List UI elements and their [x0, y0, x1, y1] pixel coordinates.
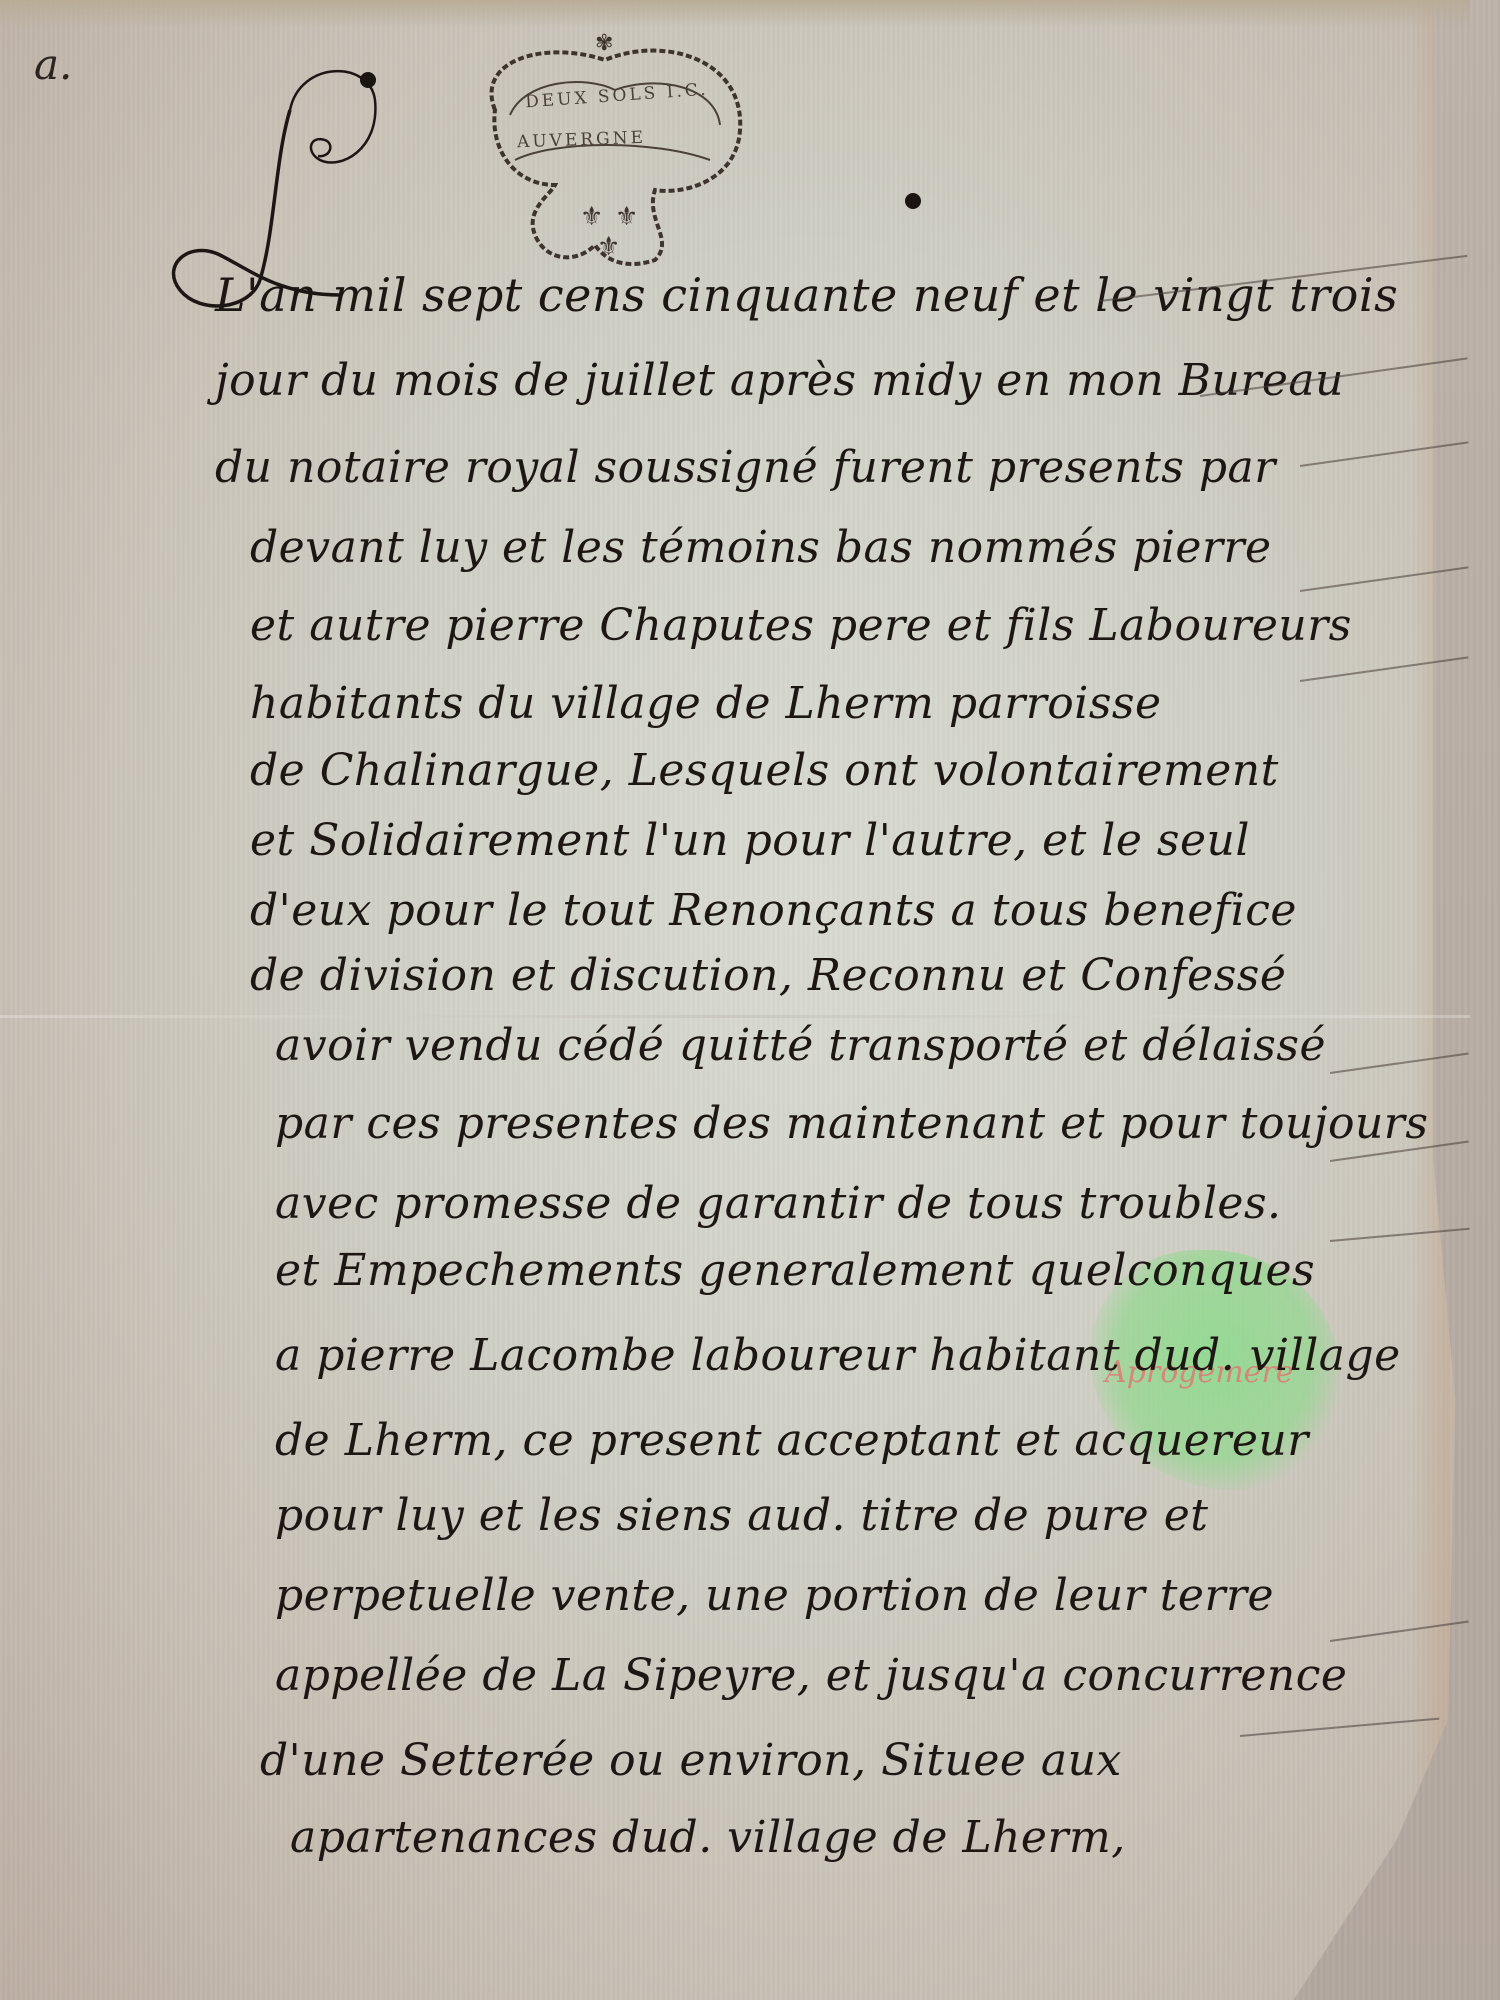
manuscript-line: et Solidairement l'un pour l'autre, et l… — [250, 815, 1250, 866]
svg-text:⚜: ⚜ — [615, 202, 638, 232]
svg-text:⚜: ⚜ — [597, 232, 620, 262]
manuscript-line: de division et discution, Reconnu et Con… — [250, 950, 1286, 1001]
manuscript-line: a pierre Lacombe laboureur habitant dud.… — [275, 1330, 1401, 1381]
manuscript-line: et autre pierre Chaputes pere et fils La… — [250, 600, 1352, 651]
manuscript-line: apartenances dud. village de Lherm, — [290, 1812, 1126, 1863]
manuscript-line: du notaire royal soussigné furent presen… — [215, 442, 1276, 493]
manuscript-line: de Chalinargue, Lesquels ont volontairem… — [250, 745, 1279, 796]
manuscript-line: avoir vendu cédé quitté transporté et dé… — [275, 1020, 1326, 1071]
folio-mark: a. — [34, 40, 72, 89]
svg-text:✾: ✾ — [595, 31, 613, 56]
manuscript-line: pour luy et les siens aud. titre de pure… — [275, 1490, 1208, 1541]
manuscript-line: devant luy et les témoins bas nommés pie… — [250, 522, 1272, 573]
manuscript-line: par ces presentes des maintenant et pour… — [275, 1098, 1428, 1149]
manuscript-line: et Empechements generalement quelconques — [275, 1245, 1315, 1296]
manuscript-line: appellée de La Sipeyre, et jusqu'a concu… — [275, 1650, 1347, 1701]
manuscript-line: d'eux pour le tout Renonçants a tous ben… — [250, 885, 1297, 936]
tax-stamp: ⚜ ⚜ ⚜ ✾ DEUX SOLS I.C. AUVERGNE — [455, 20, 765, 275]
manuscript-line: perpetuelle vente, une portion de leur t… — [275, 1570, 1274, 1621]
svg-text:⚜: ⚜ — [580, 202, 603, 232]
manuscript-line: d'une Setterée ou environ, Situee aux — [260, 1735, 1122, 1786]
manuscript-line: avec promesse de garantir de tous troubl… — [275, 1178, 1282, 1229]
paper-fold — [0, 1015, 1470, 1018]
ink-blot — [905, 193, 921, 209]
manuscript-line: habitants du village de Lherm parroisse — [250, 678, 1162, 729]
manuscript-line: de Lherm, ce present acceptant et acquer… — [275, 1415, 1309, 1466]
manuscript-line: L'an mil sept cens cinquante neuf et le … — [215, 268, 1398, 322]
manuscript-line: jour du mois de juillet après midy en mo… — [215, 355, 1344, 406]
